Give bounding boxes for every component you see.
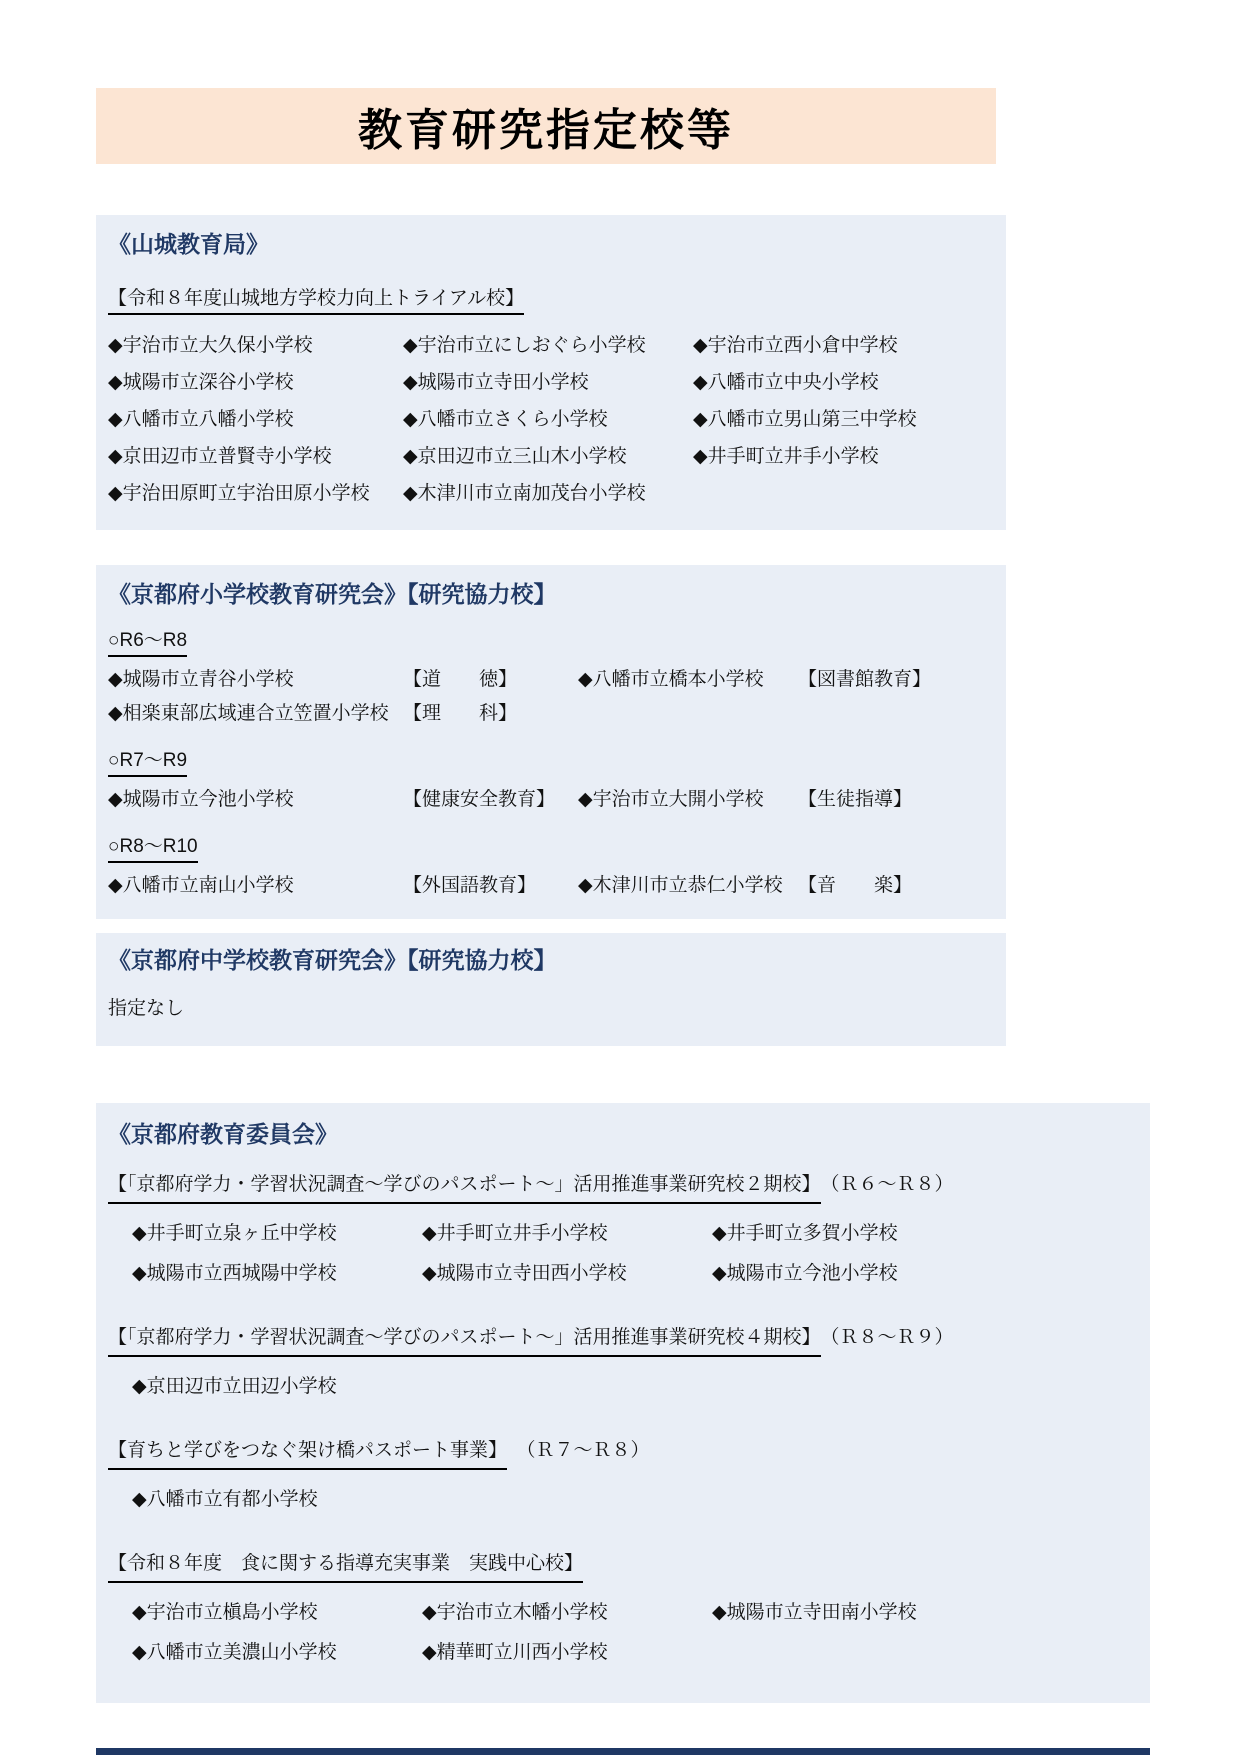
school-name: ◆城陽市立深谷小学校 <box>108 364 403 401</box>
bottom-divider-bar <box>96 1748 1150 1755</box>
school-list: ◆井手町立泉ヶ丘中学校 ◆井手町立井手小学校 ◆井手町立多賀小学校 ◆城陽市立西… <box>108 1214 1150 1294</box>
school-subject-row: ◆八幡市立南山小学校 【外国語教育】 ◆木津川市立恭仁小学校 【音 楽】 <box>108 869 1006 903</box>
program-period: （Ｒ６～Ｒ８） <box>821 1174 954 1195</box>
section-header: 《山城教育局》 <box>108 229 1006 259</box>
subject-label: 【図書館教育】 <box>798 663 1006 697</box>
school-name: ◆城陽市立今池小学校 <box>108 783 403 817</box>
subject-label: 【理 科】 <box>403 697 578 731</box>
school-name: ◆宇治市立西小倉中学校 <box>693 327 1006 364</box>
school-name: ◆宇治市立大久保小学校 <box>108 327 403 364</box>
school-subject-row: ◆相楽東部広域連合立笠置小学校 【理 科】 <box>108 697 1006 731</box>
school-name: ◆木津川市立恭仁小学校 <box>578 869 798 903</box>
section-header: 《京都府小学校教育研究会》【研究協力校】 <box>108 579 1006 609</box>
school-name: ◆城陽市立今池小学校 <box>712 1254 1150 1294</box>
school-name: ◆井手町立泉ヶ丘中学校 <box>132 1214 422 1254</box>
school-row: ◆八幡市立美濃山小学校 ◆精華町立川西小学校 <box>108 1633 1150 1673</box>
program-title: 【「京都府学力・学習状況調査～学びのパスポート～」活用推進事業研究校２期校】（Ｒ… <box>108 1171 1150 1204</box>
school-name: ◆八幡市立八幡小学校 <box>108 401 403 438</box>
school-name: ◆精華町立川西小学校 <box>422 1633 712 1673</box>
school-name: ◆井手町立井手小学校 <box>422 1214 712 1254</box>
school-name: ◆城陽市立寺田南小学校 <box>712 1593 1150 1633</box>
program-period: （Ｒ７～Ｒ８） <box>526 1440 650 1461</box>
school-row: ◆宇治田原町立宇治田原小学校 ◆木津川市立南加茂台小学校 <box>108 475 1006 512</box>
school-name: ◆八幡市立男山第三中学校 <box>693 401 1006 438</box>
program-period: （Ｒ８～Ｒ９） <box>821 1327 954 1348</box>
school-name: ◆城陽市立青谷小学校 <box>108 663 403 697</box>
school-name: ◆木津川市立南加茂台小学校 <box>403 475 693 512</box>
program-block: 【「京都府学力・学習状況調査～学びのパスポート～」活用推進事業研究校２期校】（Ｒ… <box>108 1171 1150 1294</box>
school-name: ◆京田辺市立田辺小学校 <box>132 1367 1150 1407</box>
program-block: 【育ちと学びをつなぐ架け橋パスポート事業】 （Ｒ７～Ｒ８） ◆八幡市立有都小学校 <box>108 1437 1150 1520</box>
school-name: ◆八幡市立南山小学校 <box>108 869 403 903</box>
section-header: 《京都府教育委員会》 <box>108 1119 1150 1149</box>
school-name: ◆八幡市立有都小学校 <box>132 1480 1150 1520</box>
school-row: ◆京田辺市立田辺小学校 <box>108 1367 1150 1407</box>
period-label: ○R7～R9 <box>108 745 1006 777</box>
school-name: ◆井手町立井手小学校 <box>693 438 1006 475</box>
school-name: ◆宇治市立にしおぐら小学校 <box>403 327 693 364</box>
program-block: 【令和８年度 食に関する指導充実事業 実践中心校】 ◆宇治市立槇島小学校 ◆宇治… <box>108 1550 1150 1673</box>
school-row: ◆八幡市立有都小学校 <box>108 1480 1150 1520</box>
school-row: ◆城陽市立西城陽中学校 ◆城陽市立寺田西小学校 ◆城陽市立今池小学校 <box>108 1254 1150 1294</box>
school-row: ◆八幡市立八幡小学校 ◆八幡市立さくら小学校 ◆八幡市立男山第三中学校 <box>108 401 1006 438</box>
school-row: ◆城陽市立深谷小学校 ◆城陽市立寺田小学校 ◆八幡市立中央小学校 <box>108 364 1006 401</box>
school-name: ◆八幡市立美濃山小学校 <box>132 1633 422 1673</box>
school-name: ◆宇治市立木幡小学校 <box>422 1593 712 1633</box>
section-juniorhigh-research: 《京都府中学校教育研究会》【研究協力校】 指定なし <box>96 933 1006 1046</box>
school-name: ◆相楽東部広域連合立笠置小学校 <box>108 697 403 731</box>
page-title: 教育研究指定校等 <box>358 94 734 158</box>
subject-label: 【音 楽】 <box>798 869 1006 903</box>
school-name: ◆八幡市立さくら小学校 <box>403 401 693 438</box>
section-kyoto-board: 《京都府教育委員会》 【「京都府学力・学習状況調査～学びのパスポート～」活用推進… <box>96 1103 1150 1703</box>
period-label: ○R6～R8 <box>108 625 1006 657</box>
school-name: ◆城陽市立寺田西小学校 <box>422 1254 712 1294</box>
title-banner: 教育研究指定校等 <box>96 88 996 164</box>
subject-label: 【外国語教育】 <box>403 869 578 903</box>
school-name: ◆宇治田原町立宇治田原小学校 <box>108 475 403 512</box>
school-row: ◆宇治市立大久保小学校 ◆宇治市立にしおぐら小学校 ◆宇治市立西小倉中学校 <box>108 327 1006 364</box>
program-block: 【「京都府学力・学習状況調査～学びのパスポート～」活用推進事業研究校４期校】（Ｒ… <box>108 1324 1150 1407</box>
school-name: ◆八幡市立橋本小学校 <box>578 663 798 697</box>
period-label: ○R8～R10 <box>108 831 1006 863</box>
program-title: 【育ちと学びをつなぐ架け橋パスポート事業】 （Ｒ７～Ｒ８） <box>108 1437 1150 1470</box>
school-row: ◆井手町立泉ヶ丘中学校 ◆井手町立井手小学校 ◆井手町立多賀小学校 <box>108 1214 1150 1254</box>
school-name: ◆宇治市立大開小学校 <box>578 783 798 817</box>
no-designation-note: 指定なし <box>108 993 1006 1020</box>
school-row: ◆宇治市立槇島小学校 ◆宇治市立木幡小学校 ◆城陽市立寺田南小学校 <box>108 1593 1150 1633</box>
school-name: ◆八幡市立中央小学校 <box>693 364 1006 401</box>
school-list: ◆宇治市立槇島小学校 ◆宇治市立木幡小学校 ◆城陽市立寺田南小学校 ◆八幡市立美… <box>108 1593 1150 1673</box>
school-list: ◆京田辺市立田辺小学校 <box>108 1367 1150 1407</box>
school-name: ◆京田辺市立三山木小学校 <box>403 438 693 475</box>
school-list: ◆八幡市立有都小学校 <box>108 1480 1150 1520</box>
subject-label: 【道 徳】 <box>403 663 578 697</box>
section-header: 《京都府中学校教育研究会》【研究協力校】 <box>108 945 1006 975</box>
school-subject-row: ◆城陽市立今池小学校 【健康安全教育】 ◆宇治市立大開小学校 【生徒指導】 <box>108 783 1006 817</box>
school-name: ◆宇治市立槇島小学校 <box>132 1593 422 1633</box>
program-title: 【令和８年度山城地方学校力向上トライアル校】 <box>108 283 1006 315</box>
section-elementary-research: 《京都府小学校教育研究会》【研究協力校】 ○R6～R8 ◆城陽市立青谷小学校 【… <box>96 565 1006 919</box>
program-title: 【「京都府学力・学習状況調査～学びのパスポート～」活用推進事業研究校４期校】（Ｒ… <box>108 1324 1150 1357</box>
subject-label: 【健康安全教育】 <box>403 783 578 817</box>
school-name: ◆井手町立多賀小学校 <box>712 1214 1150 1254</box>
school-name: ◆城陽市立西城陽中学校 <box>132 1254 422 1294</box>
school-list: ◆宇治市立大久保小学校 ◆宇治市立にしおぐら小学校 ◆宇治市立西小倉中学校 ◆城… <box>108 327 1006 512</box>
school-subject-row: ◆城陽市立青谷小学校 【道 徳】 ◆八幡市立橋本小学校 【図書館教育】 <box>108 663 1006 697</box>
school-name: ◆城陽市立寺田小学校 <box>403 364 693 401</box>
subject-label: 【生徒指導】 <box>798 783 1006 817</box>
school-name: ◆京田辺市立普賢寺小学校 <box>108 438 403 475</box>
program-title: 【令和８年度 食に関する指導充実事業 実践中心校】 <box>108 1550 1150 1583</box>
school-row: ◆京田辺市立普賢寺小学校 ◆京田辺市立三山木小学校 ◆井手町立井手小学校 <box>108 438 1006 475</box>
section-yamashiro-bureau: 《山城教育局》 【令和８年度山城地方学校力向上トライアル校】 ◆宇治市立大久保小… <box>96 215 1006 530</box>
